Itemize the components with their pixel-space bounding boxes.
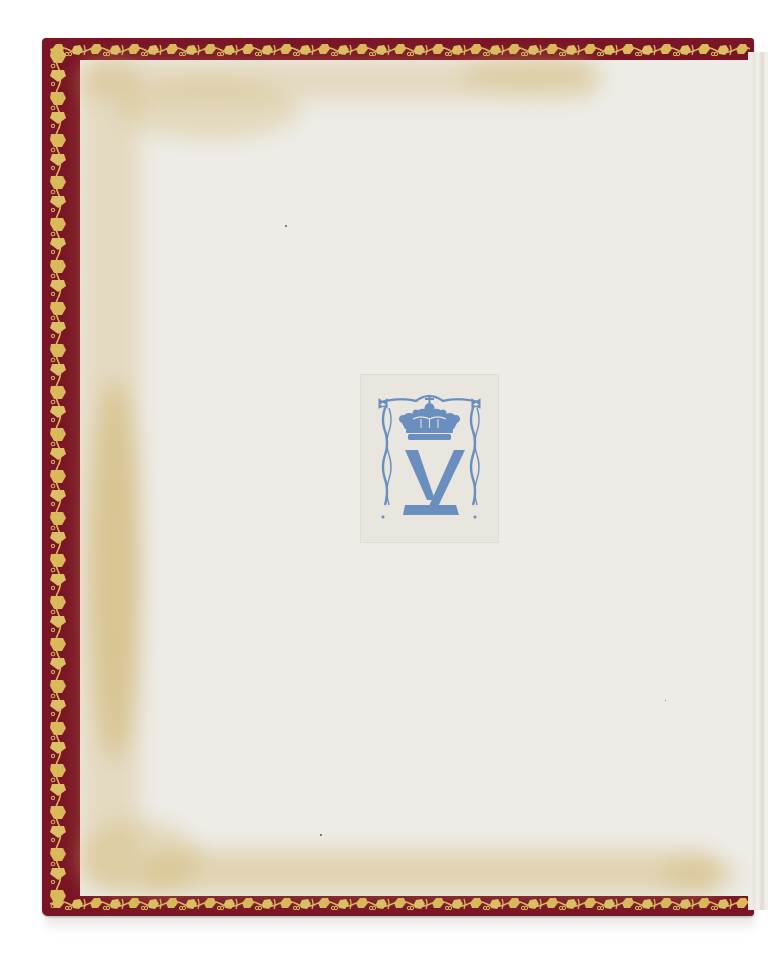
gilt-border-top bbox=[50, 42, 750, 58]
speck bbox=[665, 700, 666, 701]
crown-icon bbox=[399, 395, 460, 440]
gilt-border-left bbox=[46, 46, 70, 908]
gilt-border-bottom bbox=[50, 896, 750, 912]
stain-left-mid bbox=[90, 380, 140, 760]
speck bbox=[285, 225, 287, 227]
stain-bottom-edge bbox=[140, 850, 720, 894]
speck bbox=[320, 834, 322, 836]
monogram-vl-icon bbox=[403, 450, 465, 515]
stain-bottom-left bbox=[80, 820, 200, 896]
stain-top-left bbox=[120, 80, 300, 140]
stain-bottom-right bbox=[660, 860, 740, 890]
bookplate-ex-libris bbox=[361, 375, 498, 542]
stain-top-mid bbox=[460, 60, 600, 90]
